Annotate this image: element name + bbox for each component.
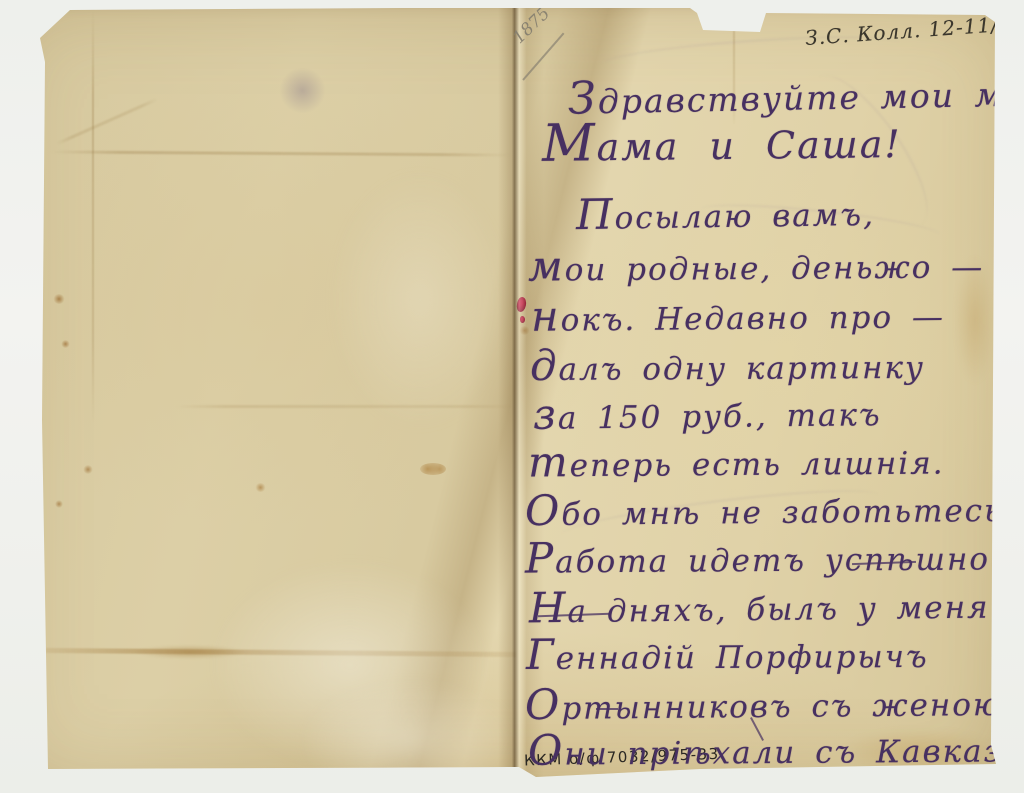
handwritten-line: Посылаю вамъ,	[576, 186, 876, 239]
stain-spot	[255, 483, 266, 492]
handwritten-greeting-line: Мама и Саша!	[542, 110, 902, 174]
handwritten-line: за 150 руб., такъ	[533, 386, 882, 439]
handwritten-line: На дняхъ, былъ у меня	[529, 579, 990, 633]
stain-spot	[83, 465, 93, 474]
diagonal-crease-top-left	[56, 98, 158, 145]
vertical-crease-left-page	[92, 12, 94, 422]
handwritten-line: Ортынниковъ съ женою.	[525, 676, 1014, 729]
handwritten-line: Они пріѣхали съ Кавказа,	[528, 722, 1024, 775]
handwritten-line: мои родные, деньжо —	[528, 238, 984, 290]
faded-patch-bottom-left-2	[300, 680, 520, 793]
handwritten-line: Геннадій Порфирычъ	[526, 628, 929, 679]
handwritten-line: теперь есть лишнія.	[528, 435, 945, 487]
ink-underline	[596, 708, 618, 710]
letter-paper: З.С. Колл. 12-11/81. 1875 ККМ о/ф 7032/9…	[0, 0, 1024, 793]
stain-spot	[55, 500, 63, 508]
stain-blob-fold-line	[135, 645, 245, 659]
handwritten-line: Обо мнѣ не заботьтесь.	[525, 482, 1015, 535]
ink-smudge-purple	[275, 68, 330, 113]
stain-spot	[53, 294, 65, 304]
faded-patch-center-left	[330, 170, 510, 430]
handwritten-line: нокъ. Недавно про —	[531, 288, 945, 341]
handwritten-line: далъ одну картинку	[530, 339, 925, 390]
handwritten-line: Работа идетъ успѣшно.	[525, 530, 1002, 582]
stain-spot-double	[420, 463, 446, 475]
archive-collection-note: З.С. Колл. 12-11/81.	[804, 10, 1024, 50]
fold-crease-horizontal-top	[50, 150, 512, 156]
stain-spot	[61, 340, 70, 348]
